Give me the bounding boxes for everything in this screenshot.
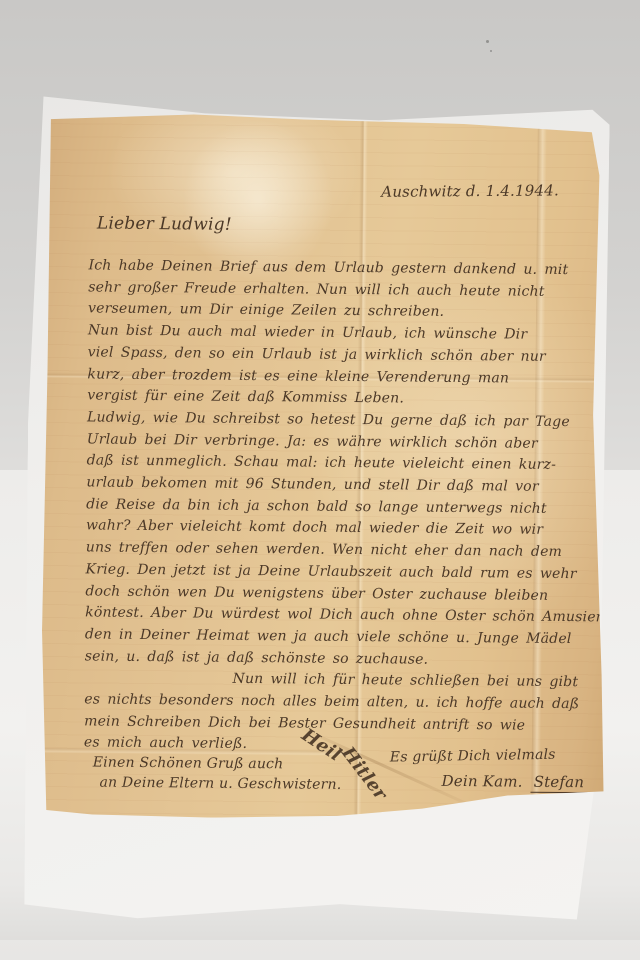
closing-greeting-left-line-2: an Deine Eltern u. Geschwistern. bbox=[99, 775, 341, 793]
signature-line: Dein Kam.Stefan bbox=[441, 772, 587, 791]
background-speck bbox=[486, 40, 489, 43]
photo-background: Auschwitz d. 1.4.1944. Lieber Ludwig! Ic… bbox=[0, 0, 640, 960]
closing-greeting-right: Es grüßt Dich vielmals bbox=[390, 747, 556, 766]
signature-prefix: Dein Kam. bbox=[441, 772, 522, 791]
letter-greeting: Lieber Ludwig! bbox=[97, 214, 232, 235]
letter-paper: Auschwitz d. 1.4.1944. Lieber Ludwig! Ic… bbox=[37, 110, 610, 823]
background-speck bbox=[490, 50, 492, 52]
letter-date: Auschwitz d. 1.4.1944. bbox=[381, 181, 559, 200]
signature-name: Stefan bbox=[531, 773, 588, 794]
letter-body: Ich habe Deinen Brief aus dem Urlaub ges… bbox=[84, 255, 601, 759]
closing-greeting-left-line-1: Einen Schönen Gruß auch bbox=[93, 754, 284, 772]
